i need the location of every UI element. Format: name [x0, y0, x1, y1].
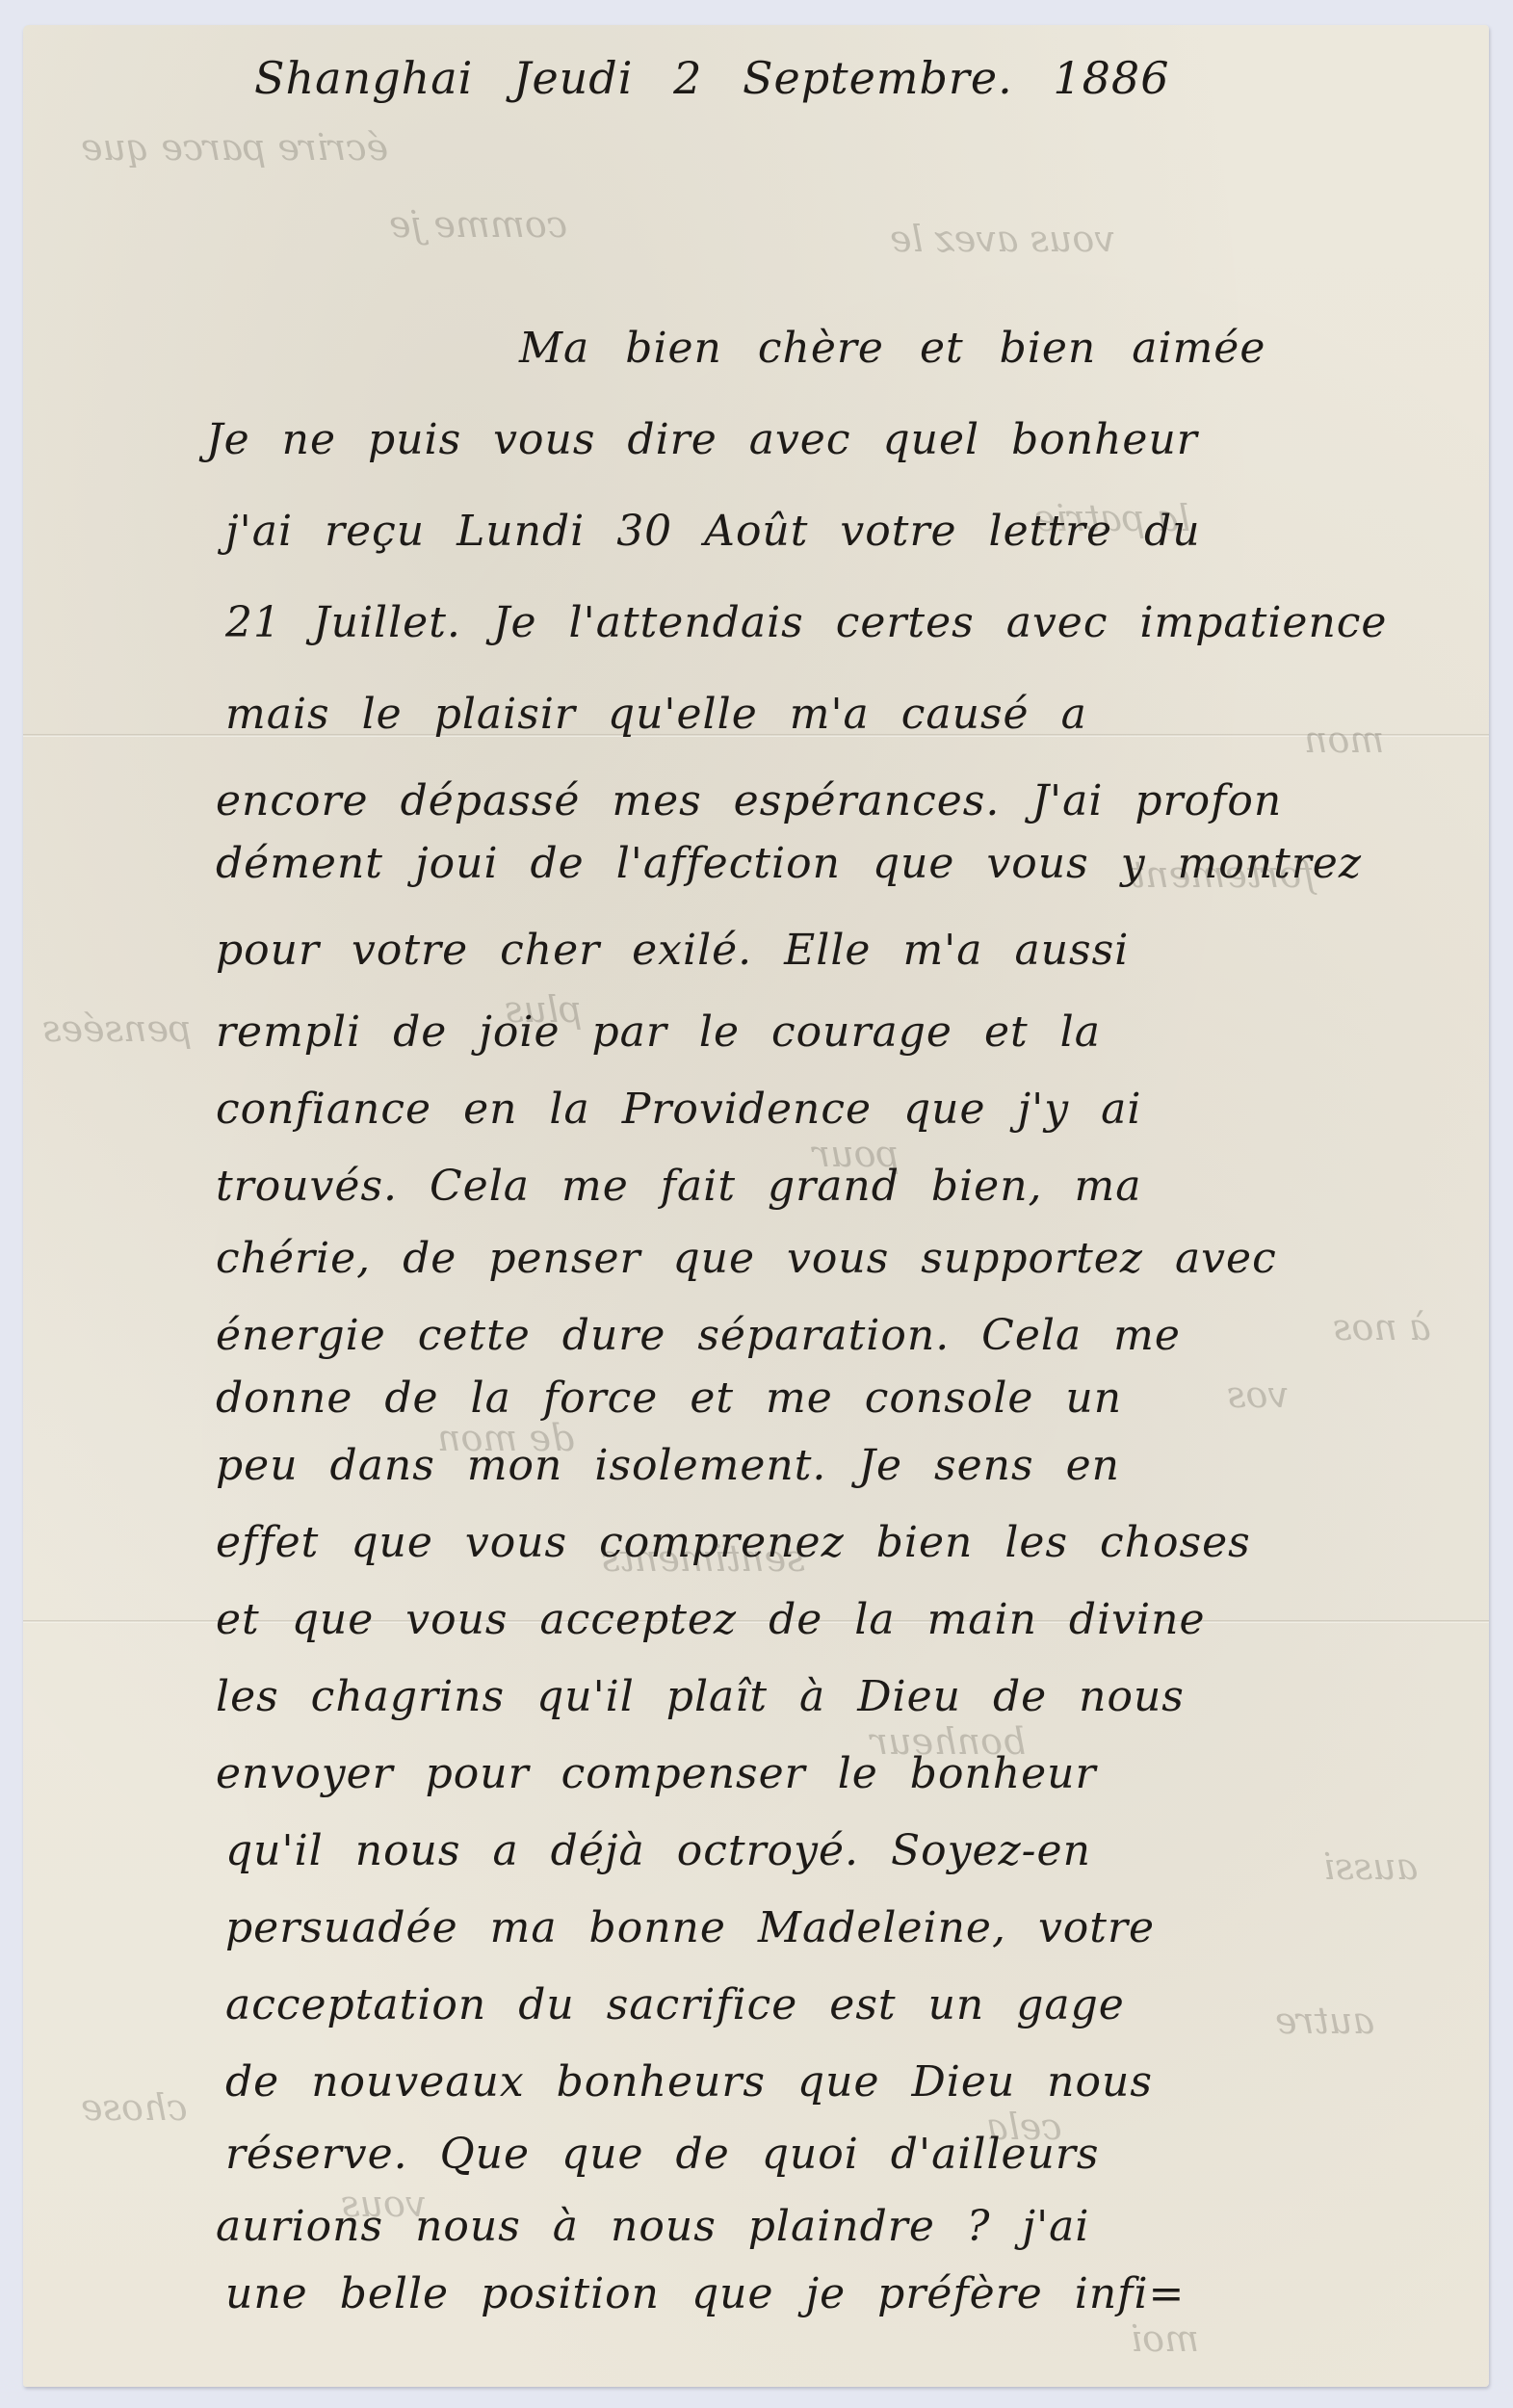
letter-line: Je ne puis vous dire avec quel bonheur — [206, 415, 1198, 464]
letter-line: 21 Juillet. Je l'attendais certes avec i… — [225, 598, 1387, 647]
letter-line: réserve. Que que de quoi d'ailleurs — [225, 2130, 1100, 2179]
letter-dateline: Shanghai Jeudi 2 Septembre. 1886 — [254, 52, 1169, 104]
letter-line: mais le plaisir qu'elle m'a causé a — [225, 690, 1087, 739]
letter-line: persuadée ma bonne Madeleine, votre — [225, 1903, 1155, 1952]
letter-line: qu'il nous a déjà octroyé. Soyez-en — [225, 1826, 1091, 1875]
letter-line: pour votre cher exilé. Elle m'a aussi — [216, 926, 1129, 975]
letter-line: rempli de joie par le courage et la — [216, 1008, 1101, 1057]
letter-salutation: Ma bien chère et bien aimée — [519, 324, 1265, 373]
letter-line: énergie cette dure séparation. Cela me — [216, 1311, 1181, 1360]
letter-line: les chagrins qu'il plaît à Dieu de nous — [216, 1672, 1185, 1721]
letter-line: aurions nous à nous plaindre ? j'ai — [216, 2202, 1089, 2251]
letter-line: dément joui de l'affection que vous y mo… — [216, 839, 1362, 888]
letter-line: donne de la force et me console un — [216, 1374, 1122, 1423]
letter-line: effet que vous comprenez bien les choses — [216, 1518, 1251, 1567]
letter-line: confiance en la Providence que j'y ai — [216, 1085, 1141, 1134]
letter-line: et que vous acceptez de la main divine — [216, 1595, 1205, 1644]
letter-line: envoyer pour compenser le bonheur — [216, 1749, 1097, 1798]
letter-sheet: écrire parce que comme je vous avez le l… — [23, 25, 1489, 2387]
letter-line: chérie, de penser que vous supportez ave… — [216, 1234, 1277, 1283]
letter-line: acceptation du sacrifice est un gage — [225, 1980, 1125, 2029]
letter-line: trouvés. Cela me fait grand bien, ma — [216, 1162, 1141, 1211]
letter-line: encore dépassé mes espérances. J'ai prof… — [216, 776, 1282, 825]
letter-content: Shanghai Jeudi 2 Septembre. 1886 Ma bien… — [23, 25, 1489, 2387]
letter-line: j'ai reçu Lundi 30 Août votre lettre du — [225, 507, 1201, 556]
letter-line: une belle position que je préfère infi= — [225, 2269, 1185, 2318]
letter-line: peu dans mon isolement. Je sens en — [216, 1441, 1120, 1490]
letter-line: de nouveaux bonheurs que Dieu nous — [225, 2057, 1153, 2107]
